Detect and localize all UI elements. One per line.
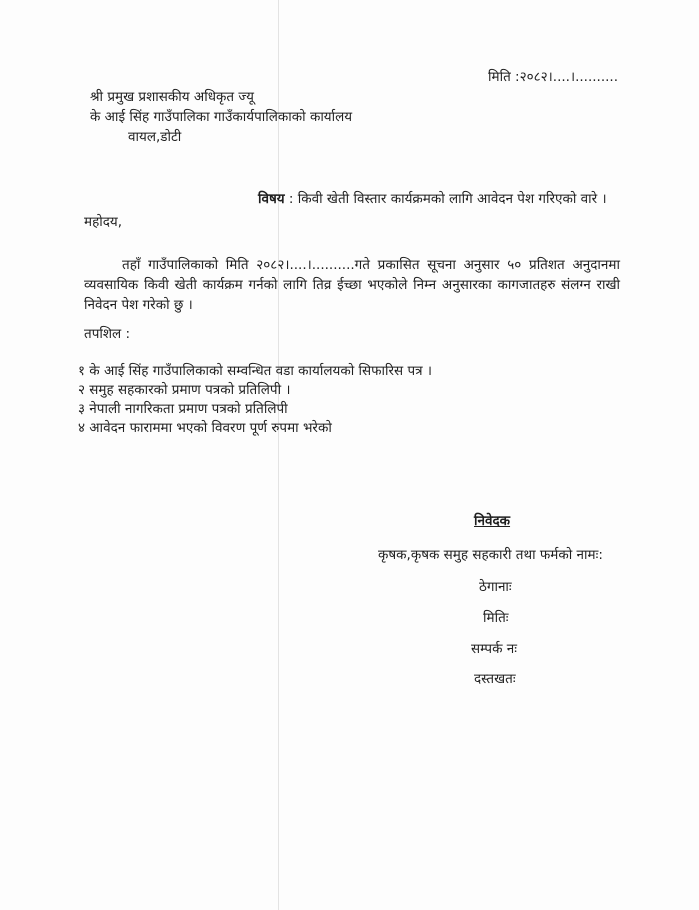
recipient-office: के आई सिंह गाउँपालिका गाउँकार्यपालिकाको … (90, 108, 352, 126)
subject-label: विषय (258, 191, 285, 207)
letter-date: मिति :२०८२।....।.......... (488, 68, 618, 86)
recipient-title: श्री प्रमुख प्रशासकीय अधिकृत ज्यू (90, 88, 254, 106)
enclosure-item: १ के आई सिंह गाउँपालिकाको सम्वन्धित वडा … (78, 362, 432, 380)
enclosures-heading: तपशिल : (84, 325, 130, 343)
applicant-name-label: कृषक,कृषक समुह सहकारी तथा फर्मको नामः: (378, 546, 603, 564)
page-fold-line (278, 0, 279, 910)
subject-text: : किवी खेती विस्तार कार्यक्रमको लागि आवे… (285, 191, 607, 207)
body-text: तहाँ गाउँपालिकाको मिति २०८२।....।.......… (84, 257, 620, 313)
enclosure-item: २ समुह सहकारको प्रमाण पत्रको प्रतिलिपी । (78, 381, 290, 399)
body-paragraph: तहाँ गाउँपालिकाको मिति २०८२।....।.......… (84, 255, 620, 315)
applicant-address-label: ठेगानाः (479, 578, 512, 596)
enclosure-item: ४ आवेदन फाराममा भएको विवरण पूर्ण रुपमा भ… (78, 419, 332, 437)
applicant-contact-label: सम्पर्क नः (471, 640, 517, 658)
subject-line: विषय : किवी खेती विस्तार कार्यक्रमको लाग… (258, 190, 607, 208)
applicant-heading: निवेदक (474, 512, 510, 530)
applicant-date-label: मितिः (483, 609, 509, 627)
salutation: महोदय, (84, 213, 122, 231)
recipient-location: वायल,डोटी (128, 128, 181, 146)
applicant-signature-label: दस्तखतः (474, 670, 516, 688)
enclosure-item: ३ नेपाली नागरिकता प्रमाण पत्रको प्रतिलिप… (78, 400, 288, 418)
